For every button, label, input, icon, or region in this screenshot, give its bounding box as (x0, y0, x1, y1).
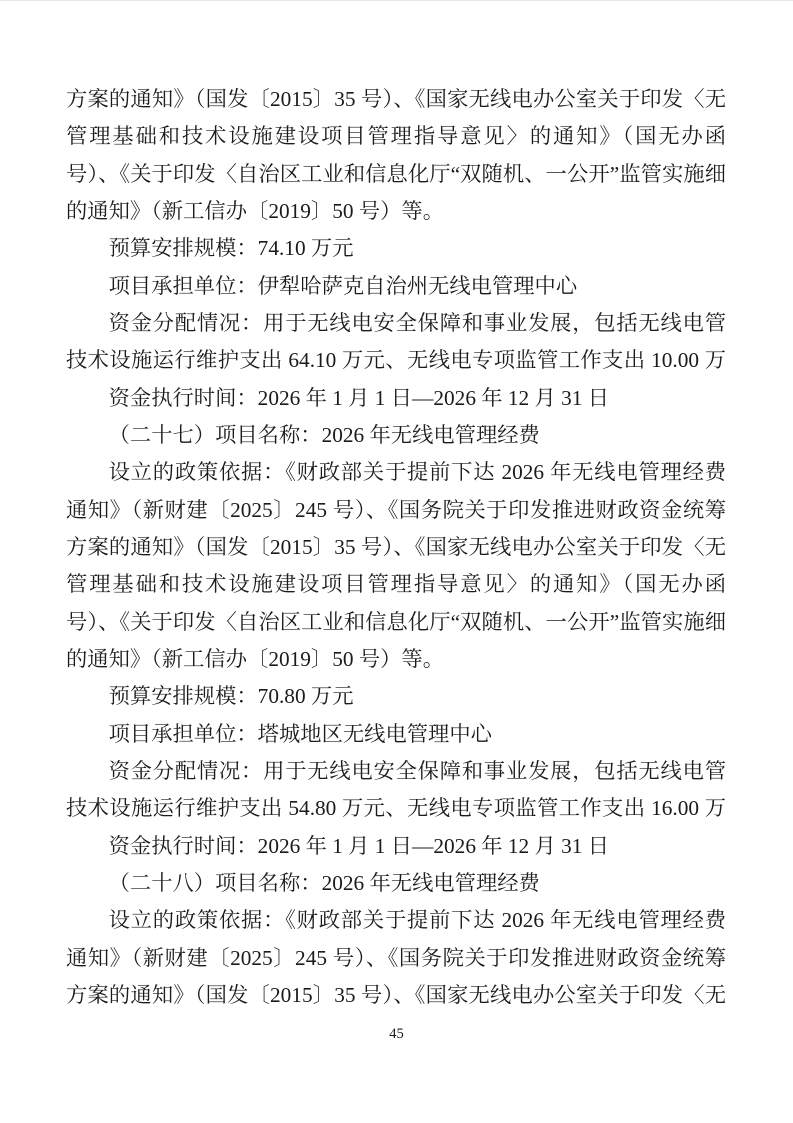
page-number: 45 (0, 1024, 793, 1044)
text-line: 号）、《关于印发〈自治区工业和信息化厅“双随机、一公开”监管实施细则〉 (66, 156, 726, 193)
text-line: 的通知》（新工信办〔2019〕50 号）等。 (66, 193, 726, 230)
document-body: 方案的通知》（国发〔2015〕35 号）、《国家无线电办公室关于印发〈无线电管理… (66, 81, 726, 1014)
text-line: 号）、《关于印发〈自治区工业和信息化厅“双随机、一公开”监管实施细则〉 (66, 604, 726, 641)
text-line: （二十七）项目名称：2026 年无线电管理经费 (66, 417, 726, 454)
text-line: 设立的政策依据：《财政部关于提前下达 2026 年无线电管理经费预算的 (66, 902, 726, 939)
text-line: 项目承担单位：伊犁哈萨克自治州无线电管理中心 (66, 268, 726, 305)
text-line: 方案的通知》（国发〔2015〕35 号）、《国家无线电办公室关于印发〈无线电 (66, 977, 726, 1014)
text-line: 资金执行时间：2026 年 1 月 1 日—2026 年 12 月 31 日 (66, 828, 726, 865)
text-line: 管理基础和技术设施建设项目管理指导意见〉的通知》（国无办函〔2019〕21 (66, 118, 726, 155)
text-line: 设立的政策依据：《财政部关于提前下达 2026 年无线电管理经费预算的 (66, 454, 726, 491)
text-line: 技术设施运行维护支出 64.10 万元、无线电专项监管工作支出 10.00 万元… (66, 342, 726, 379)
text-line: 方案的通知》（国发〔2015〕35 号）、《国家无线电办公室关于印发〈无线电 (66, 529, 726, 566)
text-line: 预算安排规模：74.10 万元 (66, 230, 726, 267)
text-line: 的通知》（新工信办〔2019〕50 号）等。 (66, 641, 726, 678)
text-line: 资金执行时间：2026 年 1 月 1 日—2026 年 12 月 31 日 (66, 380, 726, 417)
text-line: 通知》（新财建〔2025〕245 号）、《国务院关于印发推进财政资金统筹使用 (66, 492, 726, 529)
text-line: 方案的通知》（国发〔2015〕35 号）、《国家无线电办公室关于印发〈无线电 (66, 81, 726, 118)
text-line: 通知》（新财建〔2025〕245 号）、《国务院关于印发推进财政资金统筹使用 (66, 940, 726, 977)
text-line: 管理基础和技术设施建设项目管理指导意见〉的通知》（国无办函〔2019〕21 (66, 566, 726, 603)
text-line: 项目承担单位：塔城地区无线电管理中心 (66, 716, 726, 753)
text-line: 资金分配情况：用于无线电安全保障和事业发展，包括无线电管理基础和 (66, 753, 726, 790)
document-page: 方案的通知》（国发〔2015〕35 号）、《国家无线电办公室关于印发〈无线电管理… (0, 0, 793, 1123)
text-line: （二十八）项目名称：2026 年无线电管理经费 (66, 865, 726, 902)
text-line: 资金分配情况：用于无线电安全保障和事业发展，包括无线电管理基础和 (66, 305, 726, 342)
text-line: 预算安排规模：70.80 万元 (66, 678, 726, 715)
text-line: 技术设施运行维护支出 54.80 万元、无线电专项监管工作支出 16.00 万元… (66, 790, 726, 827)
